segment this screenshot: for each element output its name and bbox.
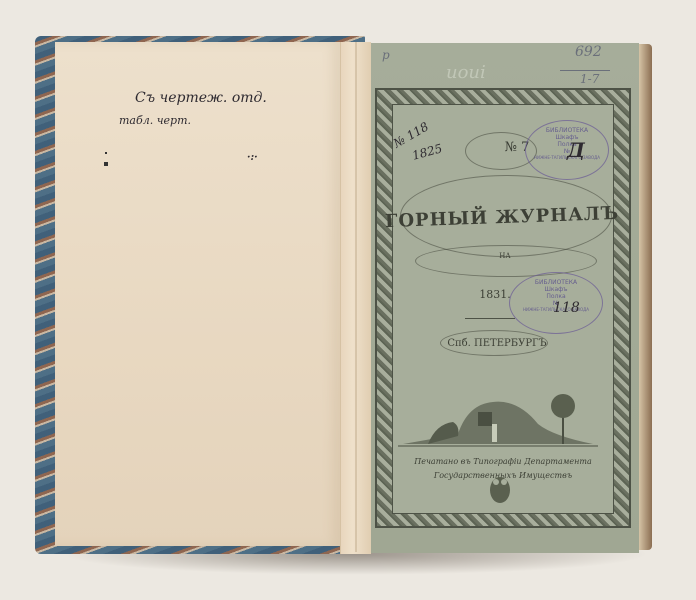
stamp-handwritten-value: 118 <box>553 300 580 316</box>
shelfmark-top: 692 <box>575 44 602 60</box>
ink-dot <box>105 152 107 154</box>
publication-city: Спб. ПЕТЕРБУРГЪ <box>442 338 552 349</box>
flyleaf-page: Съ чертеж. отд. табл. черт. ·:· <box>55 42 340 546</box>
fold-line <box>355 42 357 552</box>
ink-mark: ·:· <box>247 152 258 163</box>
lower-flourish <box>415 245 597 277</box>
stamp-handwritten-value: Д <box>567 138 585 162</box>
stamp-line: Полка <box>510 293 602 300</box>
stamp-line: Шкафъ <box>510 286 602 293</box>
shelfmark-divider <box>560 70 610 71</box>
landscape-vignette-icon <box>398 384 598 452</box>
corner-pencil-mark: р <box>382 48 390 62</box>
stamp-heading: БИБЛИОТЕКА <box>510 279 602 286</box>
shelfmark-bottom: 1-7 <box>580 72 599 86</box>
ornamental-rule <box>465 318 515 319</box>
ink-dot <box>104 162 108 166</box>
owl-emblem-icon <box>487 470 513 504</box>
flyleaf-handwriting-line1: Съ чертеж. отд. <box>135 90 267 106</box>
imprint-line1: Печатано въ Типографіи Департамента <box>372 455 634 469</box>
faded-inscription: uoui <box>446 62 486 83</box>
flyleaf-handwriting-line2: табл. черт. <box>119 114 191 127</box>
stamp-heading: БИБЛИОТЕКА <box>526 127 608 134</box>
